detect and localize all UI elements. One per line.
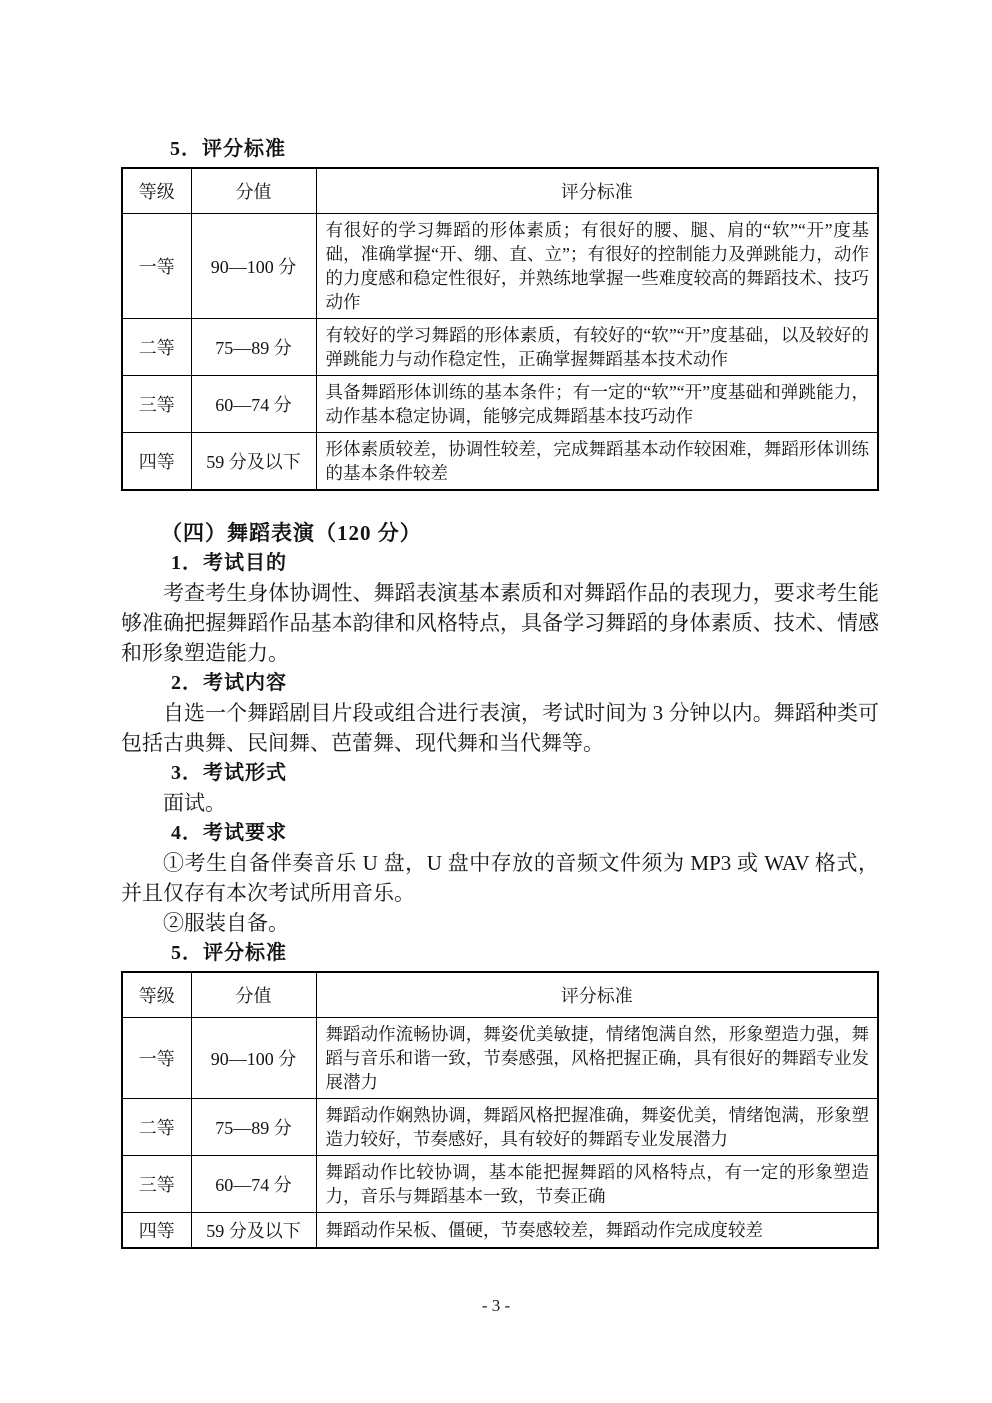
grade-column-header: 等级 [122, 972, 191, 1018]
score-cell: 90—100 分 [191, 1018, 316, 1099]
grade-cell: 一等 [122, 214, 191, 319]
paragraph-exam-content: 自选一个舞蹈剧目片段或组合进行表演，考试时间为 3 分钟以内。舞蹈种类可包括古典… [121, 698, 879, 758]
score-cell: 59 分及以下 [191, 433, 316, 491]
score-cell: 60—74 分 [191, 376, 316, 433]
criteria-cell: 具备舞蹈形体训练的基本条件；有一定的“软”“开”度基础和弹跳能力，动作基本稳定协… [316, 376, 878, 433]
subheading-exam-requirements: 4．考试要求 [121, 818, 879, 848]
scoring-table-body-training: 等级 分值 评分标准 一等 90—100 分 有很好的学习舞蹈的形体素质；有很好… [121, 167, 879, 491]
score-cell: 90—100 分 [191, 214, 316, 319]
grade-column-header: 等级 [122, 168, 191, 214]
table-header-row: 等级 分值 评分标准 [122, 972, 878, 1018]
criteria-cell: 有很好的学习舞蹈的形体素质；有很好的腰、腿、肩的“软”“开”度基础，准确掌握“开… [316, 214, 878, 319]
table-row: 一等 90—100 分 舞蹈动作流畅协调，舞姿优美敏捷，情绪饱满自然，形象塑造力… [122, 1018, 878, 1099]
table-row: 二等 75—89 分 有较好的学习舞蹈的形体素质，有较好的“软”“开”度基础，以… [122, 319, 878, 376]
grade-cell: 三等 [122, 376, 191, 433]
criteria-cell: 舞蹈动作呆板、僵硬，节奏感较差，舞蹈动作完成度较差 [316, 1213, 878, 1249]
score-cell: 75—89 分 [191, 319, 316, 376]
paragraph-exam-purpose: 考查考生身体协调性、舞蹈表演基本素质和对舞蹈作品的表现力，要求考生能够准确把握舞… [121, 578, 879, 668]
subheading-exam-format: 3．考试形式 [121, 758, 879, 788]
subheading-exam-purpose: 1．考试目的 [121, 548, 879, 578]
table-row: 二等 75—89 分 舞蹈动作娴熟协调，舞蹈风格把握准确，舞姿优美，情绪饱满，形… [122, 1099, 878, 1156]
page-number: - 3 - [0, 1296, 992, 1316]
table-row: 四等 59 分及以下 舞蹈动作呆板、僵硬，节奏感较差，舞蹈动作完成度较差 [122, 1213, 878, 1249]
grade-cell: 一等 [122, 1018, 191, 1099]
score-cell: 75—89 分 [191, 1099, 316, 1156]
subheading-exam-content: 2．考试内容 [121, 668, 879, 698]
criteria-column-header: 评分标准 [316, 168, 878, 214]
criteria-cell: 舞蹈动作娴熟协调，舞蹈风格把握准确，舞姿优美，情绪饱满，形象塑造力较好，节奏感好… [316, 1099, 878, 1156]
score-column-header: 分值 [191, 168, 316, 214]
score-column-header: 分值 [191, 972, 316, 1018]
paragraph-exam-requirement-2: ②服装自备。 [121, 908, 879, 938]
table-row: 三等 60—74 分 具备舞蹈形体训练的基本条件；有一定的“软”“开”度基础和弹… [122, 376, 878, 433]
paragraph-exam-format: 面试。 [121, 788, 879, 818]
criteria-cell: 舞蹈动作比较协调，基本能把握舞蹈的风格特点，有一定的形象塑造力，音乐与舞蹈基本一… [316, 1156, 878, 1213]
section-heading-dance-performance: （四）舞蹈表演（120 分） [121, 518, 879, 548]
scoring-table-dance-performance: 等级 分值 评分标准 一等 90—100 分 舞蹈动作流畅协调，舞姿优美敏捷，情… [121, 971, 879, 1249]
paragraph-exam-requirement-1: ①考生自备伴奏音乐 U 盘，U 盘中存放的音频文件须为 MP3 或 WAV 格式… [121, 848, 879, 908]
table-row: 一等 90—100 分 有很好的学习舞蹈的形体素质；有很好的腰、腿、肩的“软”“… [122, 214, 878, 319]
document-page: 5．评分标准 等级 分值 评分标准 一等 90—100 分 有很好的学习舞蹈的形… [121, 134, 879, 1249]
grade-cell: 三等 [122, 1156, 191, 1213]
criteria-cell: 有较好的学习舞蹈的形体素质，有较好的“软”“开”度基础，以及较好的弹跳能力与动作… [316, 319, 878, 376]
subheading-scoring-criteria: 5．评分标准 [121, 938, 879, 968]
table-row: 三等 60—74 分 舞蹈动作比较协调，基本能把握舞蹈的风格特点，有一定的形象塑… [122, 1156, 878, 1213]
score-cell: 59 分及以下 [191, 1213, 316, 1249]
criteria-cell: 舞蹈动作流畅协调，舞姿优美敏捷，情绪饱满自然，形象塑造力强，舞蹈与音乐和谐一致，… [316, 1018, 878, 1099]
heading-scoring-criteria-previous-section: 5．评分标准 [121, 134, 879, 164]
grade-cell: 四等 [122, 1213, 191, 1249]
grade-cell: 二等 [122, 319, 191, 376]
criteria-cell: 形体素质较差，协调性较差，完成舞蹈基本动作较困难，舞蹈形体训练的基本条件较差 [316, 433, 878, 491]
criteria-column-header: 评分标准 [316, 972, 878, 1018]
grade-cell: 二等 [122, 1099, 191, 1156]
score-cell: 60—74 分 [191, 1156, 316, 1213]
table-header-row: 等级 分值 评分标准 [122, 168, 878, 214]
table-row: 四等 59 分及以下 形体素质较差，协调性较差，完成舞蹈基本动作较困难，舞蹈形体… [122, 433, 878, 491]
grade-cell: 四等 [122, 433, 191, 491]
